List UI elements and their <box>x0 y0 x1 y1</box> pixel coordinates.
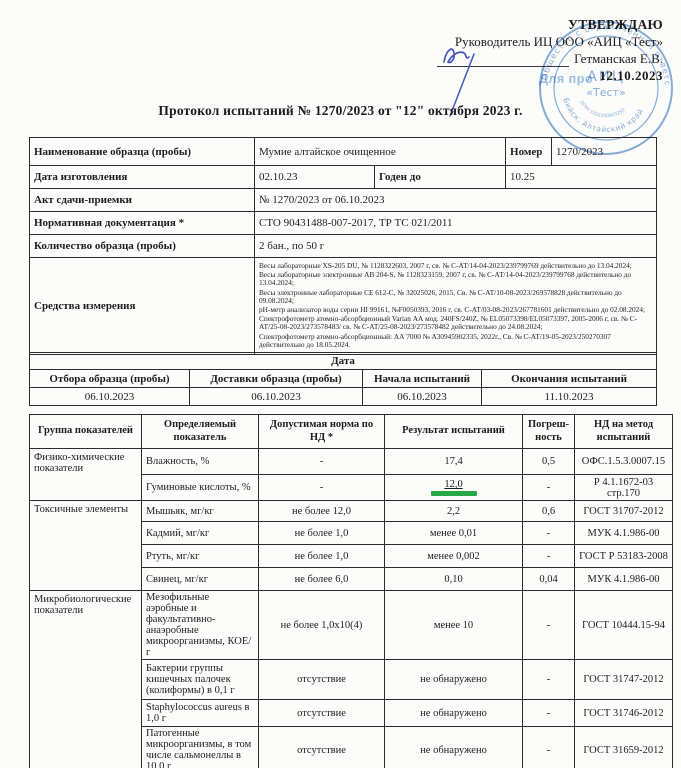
result-value: не обнаружено <box>385 660 523 700</box>
date-sampling-value: 06.10.2023 <box>30 388 190 406</box>
method-value: МУК 4.1.986-00 <box>575 568 673 591</box>
expiry-label: Годен до <box>375 166 506 189</box>
normative-doc-value: СТО 90431488-007-2017, ТР ТС 021/2011 <box>255 212 657 235</box>
date-col-start: Начала испытаний <box>363 370 482 388</box>
error-value: - <box>523 475 575 501</box>
header-error: Погреш-ность <box>523 415 575 449</box>
mfg-date-label: Дата изготовления <box>30 166 255 189</box>
error-value: - <box>523 591 575 660</box>
signature-line <box>437 53 569 67</box>
indicator-name: Мезофильные аэробные и факультативно-ана… <box>142 591 259 660</box>
sample-name-value: Мумие алтайское очищенное <box>255 138 506 166</box>
norm-value: отсутствие <box>259 727 385 768</box>
method-value: ГОСТ 31659-2012 <box>575 727 673 768</box>
date-col-delivery: Доставки образца (пробы) <box>190 370 363 388</box>
acceptance-act-label: Акт сдачи-приемки <box>30 189 255 212</box>
quantity-label: Количество образца (пробы) <box>30 235 255 258</box>
approver-role: Руководитель ИЦ ООО «АИЦ «Тест» <box>363 33 663 50</box>
date-delivery-value: 06.10.2023 <box>190 388 363 406</box>
green-highlight-bar <box>431 491 477 496</box>
approve-date: 12.10.2023 <box>363 67 663 84</box>
signer-row: Гетманская Е.В. <box>363 50 663 67</box>
document-title: Протокол испытаний № 1270/2023 от "12" о… <box>0 103 681 119</box>
normative-doc-label: Нормативная документация * <box>30 212 255 235</box>
header-group: Группа показателей <box>30 415 142 449</box>
norm-value: отсутствие <box>259 700 385 727</box>
instrument-line: Спектрофотометр атомно-абсорбционный: АА… <box>259 333 652 349</box>
instruments-list: Весы лабораторные XS-205 DU, № 112832260… <box>255 258 657 355</box>
indicator-name: Staphylococcus aureus в 1,0 г <box>142 700 259 727</box>
dates-title: Дата <box>30 353 657 370</box>
sample-name-label: Наименование образца (пробы) <box>30 138 255 166</box>
stamp-overlay-text: Для про <box>539 71 593 88</box>
error-value: - <box>523 522 575 545</box>
method-value: ГОСТ 31707-2012 <box>575 501 673 522</box>
result-value: 0,10 <box>385 568 523 591</box>
group-physchem: Физико-химические показатели <box>30 449 142 501</box>
result-text: 12,0 <box>444 479 462 490</box>
result-value: 2,2 <box>385 501 523 522</box>
norm-value: - <box>259 475 385 501</box>
indicator-name: Кадмий, мг/кг <box>142 522 259 545</box>
method-value: ГОСТ 10444.15-94 <box>575 591 673 660</box>
norm-value: - <box>259 449 385 475</box>
error-value: 0,6 <box>523 501 575 522</box>
indicator-name: Мышьяк, мг/кг <box>142 501 259 522</box>
indicator-name: Свинец, мг/кг <box>142 568 259 591</box>
method-value: Р 4.1.1672-03 стр.170 <box>575 475 673 501</box>
result-value: менее 0,01 <box>385 522 523 545</box>
error-value: 0,04 <box>523 568 575 591</box>
header-indicator: Определяемый показатель <box>142 415 259 449</box>
norm-value: не более 6,0 <box>259 568 385 591</box>
result-value: 17,4 <box>385 449 523 475</box>
error-value: - <box>523 545 575 568</box>
indicator-name: Ртуть, мг/кг <box>142 545 259 568</box>
header-result: Результат испытаний <box>385 415 523 449</box>
norm-value: не более 1,0 <box>259 522 385 545</box>
header-norm: Допустимая норма по НД * <box>259 415 385 449</box>
group-toxic: Токсичные элементы <box>30 501 142 591</box>
date-start-value: 06.10.2023 <box>363 388 482 406</box>
instrument-line: Спектрофотометр атомно-абсорбционный Var… <box>259 315 652 331</box>
instrument-line: Весы лабораторные электронные АВ 204-S, … <box>259 271 652 287</box>
date-end-value: 11.10.2023 <box>482 388 657 406</box>
header-method: НД на метод испытаний <box>575 415 673 449</box>
result-value: не обнаружено <box>385 727 523 768</box>
method-value: ГОСТ Р 53183-2008 <box>575 545 673 568</box>
result-value-highlighted: 12,0 <box>385 475 523 501</box>
indicator-name: Патогенные микроорганизмы, в том числе с… <box>142 727 259 768</box>
norm-value: отсутствие <box>259 660 385 700</box>
result-value: менее 10 <box>385 591 523 660</box>
indicator-name: Бактерии группы кишечных палочек (колифо… <box>142 660 259 700</box>
dates-table: Дата Отбора образца (пробы) Доставки обр… <box>29 352 657 406</box>
result-value: менее 0,002 <box>385 545 523 568</box>
quantity-value: 2 бан., по 50 г <box>255 235 657 258</box>
acceptance-act-value: № 1270/2023 от 06.10.2023 <box>255 189 657 212</box>
method-value: ГОСТ 31747-2012 <box>575 660 673 700</box>
norm-value: не более 12,0 <box>259 501 385 522</box>
error-value: - <box>523 660 575 700</box>
sample-info-table: Наименование образца (пробы) Мумие алтай… <box>29 137 657 355</box>
date-col-sampling: Отбора образца (пробы) <box>30 370 190 388</box>
instrument-line: Весы лабораторные XS-205 DU, № 112832260… <box>259 262 652 270</box>
expiry-value: 10.25 <box>506 166 657 189</box>
instrument-line: рН-метр анализатор воды серии HI 99161, … <box>259 306 652 314</box>
indicator-name: Влажность, % <box>142 449 259 475</box>
protocol-document: УТВЕРЖДАЮ Руководитель ИЦ ООО «АИЦ «Тест… <box>0 0 681 768</box>
norm-value: не более 1,0х10(4) <box>259 591 385 660</box>
method-value: ОФС.1.5.3.0007.15 <box>575 449 673 475</box>
sample-number-label: Номер <box>506 138 552 166</box>
instrument-line: Весы электронные лабораторные СЕ 612-С, … <box>259 289 652 305</box>
error-value: - <box>523 700 575 727</box>
approve-block: УТВЕРЖДАЮ Руководитель ИЦ ООО «АИЦ «Тест… <box>363 16 663 84</box>
error-value: - <box>523 727 575 768</box>
approve-label: УТВЕРЖДАЮ <box>363 16 663 33</box>
method-value: МУК 4.1.986-00 <box>575 522 673 545</box>
error-value: 0,5 <box>523 449 575 475</box>
method-value: ГОСТ 31746-2012 <box>575 700 673 727</box>
indicator-name: Гуминовые кислоты, % <box>142 475 259 501</box>
date-col-end: Окончания испытаний <box>482 370 657 388</box>
results-table: Группа показателей Определяемый показате… <box>29 414 673 768</box>
result-value: не обнаружено <box>385 700 523 727</box>
group-microbio: Микробиологические показатели <box>30 591 142 768</box>
norm-value: не более 1,0 <box>259 545 385 568</box>
mfg-date-value: 02.10.23 <box>255 166 375 189</box>
instruments-label: Средства измерения <box>30 258 255 355</box>
signer-name: Гетманская Е.В. <box>574 50 663 67</box>
sample-number-value: 1270/2023 <box>552 138 657 166</box>
